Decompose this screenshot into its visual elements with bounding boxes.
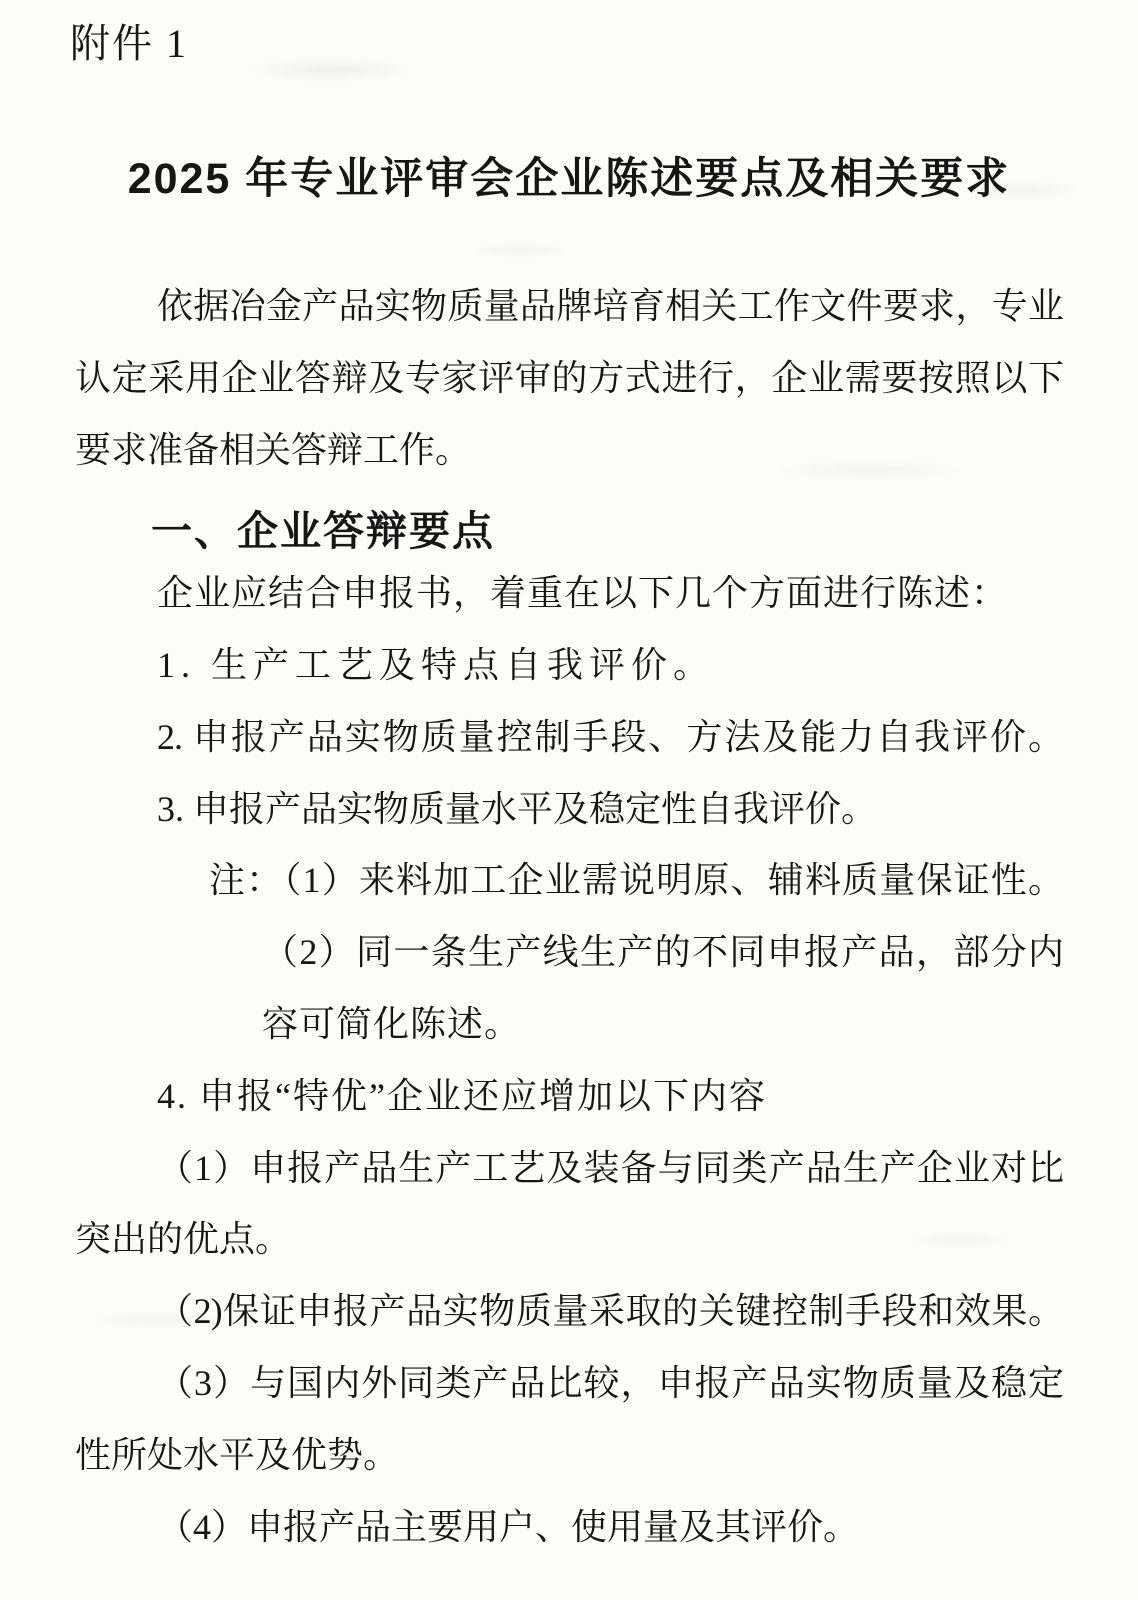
section-1-lead: 企业应结合申报书，着重在以下几个方面进行陈述：: [157, 568, 1008, 618]
section-1-heading: 一、企业答辩要点: [151, 498, 495, 557]
note-line-2: （2）同一条生产线生产的不同申报产品，部分内: [262, 927, 1063, 977]
sub-item-1-line-2: 突出的优点。: [75, 1214, 291, 1264]
attachment-label: 附件 1: [70, 12, 188, 69]
intro-line-2: 认定采用企业答辩及专家评审的方式进行，企业需要按照以下: [75, 353, 1063, 403]
sub-item-3-line-1: （3）与国内外同类产品比较，申报产品实物质量及稳定: [157, 1358, 1063, 1408]
list-item-2: 2. 申报产品实物质量控制手段、方法及能力自我评价。: [157, 712, 1063, 762]
intro-line-1: 依据冶金产品实物质量品牌培育相关工作文件要求，专业: [157, 281, 1063, 331]
sub-item-4: （4）申报产品主要用户、使用量及其评价。: [157, 1502, 859, 1552]
note-line-3: 容可简化陈述。: [262, 999, 521, 1049]
document-page: 附件 1 2025 年专业评审会企业陈述要点及相关要求 依据冶金产品实物质量品牌…: [0, 0, 1138, 1600]
sub-item-2: （2)保证申报产品实物质量采取的关键控制手段和效果。: [157, 1286, 1063, 1336]
list-item-1: 1. 生产工艺及特点自我评价。: [157, 640, 715, 690]
page-title: 2025 年专业评审会企业陈述要点及相关要求: [0, 145, 1138, 206]
sub-item-1-line-1: （1）申报产品生产工艺及装备与同类产品生产企业对比: [157, 1143, 1063, 1193]
note-line-1: 注：（1）来料加工企业需说明原、辅料质量保证性。: [209, 855, 1063, 905]
list-item-3: 3. 申报产品实物质量水平及稳定性自我评价。: [157, 784, 877, 834]
intro-line-3: 要求准备相关答辩工作。: [75, 425, 471, 475]
sub-item-3-line-2: 性所处水平及优势。: [75, 1430, 399, 1480]
list-item-4: 4. 申报“特优”企业还应增加以下内容: [157, 1071, 767, 1121]
